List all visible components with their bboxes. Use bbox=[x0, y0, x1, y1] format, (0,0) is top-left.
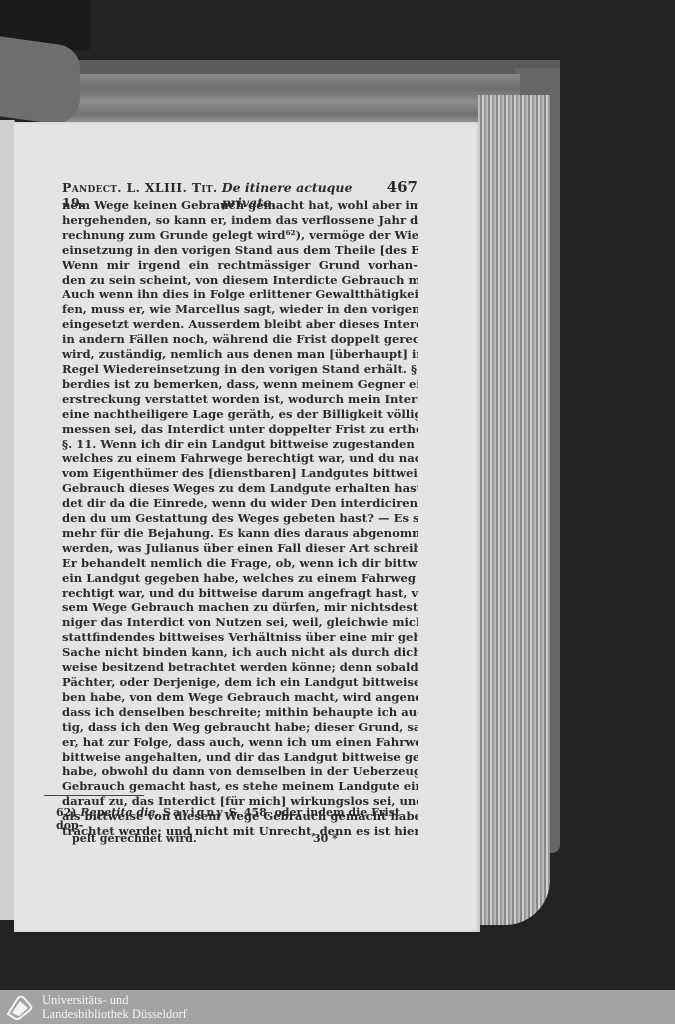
text-line: fen, muss er, wie Marcellus sagt, wieder… bbox=[62, 302, 418, 317]
text-line: stattfindendes bittweises Verhältniss üb… bbox=[62, 630, 418, 645]
cloth-bookmark bbox=[0, 36, 80, 127]
library-book-logo-icon[interactable] bbox=[4, 994, 34, 1020]
text-line: sem Wege Gebrauch machen zu dürfen, mir … bbox=[62, 600, 418, 615]
text-line: Er behandelt nemlich die Frage, ob, wenn… bbox=[62, 556, 418, 571]
text-line: weise besitzend betrachtet werden könne;… bbox=[62, 660, 418, 675]
text-line: niger das Interdict von Nutzen sei, weil… bbox=[62, 615, 418, 630]
text-line: Sache nicht binden kann, ich auch nicht … bbox=[62, 645, 418, 660]
text-line: er, hat zur Folge, dass auch, wenn ich u… bbox=[62, 735, 418, 750]
footnote-italic: Repetita die, bbox=[80, 806, 159, 819]
text-line: Regel Wiedereinsetzung in den vorigen St… bbox=[62, 362, 418, 377]
text-line: wird, zuständig, nemlich aus denen man [… bbox=[62, 347, 418, 362]
text-line: bittweise angehalten, und dir das Landgu… bbox=[62, 750, 418, 765]
text-line: den du um Gestattung des Weges gebeten h… bbox=[62, 511, 418, 526]
text-line: berdies ist zu bemerken, dass, wenn mein… bbox=[62, 377, 418, 392]
text-line: ben habe, von dem Wege Gebrauch macht, w… bbox=[62, 690, 418, 705]
left-page-edge bbox=[0, 120, 15, 920]
text-line: messen sei, das Interdict unter doppelte… bbox=[62, 422, 418, 437]
text-line: hergehenden, so kann er, indem das verfl… bbox=[62, 213, 418, 228]
text-line: mehr für die Bejahung. Es kann dies dara… bbox=[62, 526, 418, 541]
body-text: nem Wege keinen Gebrauch gemacht hat, wo… bbox=[62, 198, 418, 839]
text-line: Gebrauch gemacht hast, es stehe meinem L… bbox=[62, 779, 418, 794]
text-line: eingesetzt werden. Ausserdem bleibt aber… bbox=[62, 317, 418, 332]
text-line: welches zu einem Fahrwege berechtigt war… bbox=[62, 451, 418, 466]
page-edges bbox=[478, 95, 550, 925]
text-line: werden, was Julianus über einen Fall die… bbox=[62, 541, 418, 556]
text-line: tig, dass ich den Weg gebraucht habe; di… bbox=[62, 720, 418, 735]
text-line: vom Eigenthümer des [dienstbaren] Landgu… bbox=[62, 466, 418, 481]
text-line: eine nachtheiligere Lage geräth, es der … bbox=[62, 407, 418, 422]
text-line: dass ich denselben beschreite; mithin be… bbox=[62, 705, 418, 720]
page-stack-top bbox=[40, 74, 520, 124]
text-line: nem Wege keinen Gebrauch gemacht hat, wo… bbox=[62, 198, 418, 213]
text-line: in andern Fällen noch, während die Frist… bbox=[62, 332, 418, 347]
library-name[interactable]: Universitäts- und Landesbibliothek Düsse… bbox=[42, 993, 187, 1021]
text-line: einsetzung in den vorigen Stand aus dem … bbox=[62, 243, 418, 258]
text-line: erstreckung verstattet worden ist, wodur… bbox=[62, 392, 418, 407]
text-line: den zu sein scheint, von diesem Interdic… bbox=[62, 273, 418, 288]
footer-bar: Universitäts- und Landesbibliothek Düsse… bbox=[0, 990, 675, 1024]
text-line: Gebrauch dieses Weges zu dem Landgute er… bbox=[62, 481, 418, 496]
text-line: det dir da die Einrede, wenn du wider De… bbox=[62, 496, 418, 511]
footnote-author: Savigny bbox=[163, 806, 225, 819]
footnote-number: 62) bbox=[56, 806, 77, 819]
text-line: Auch wenn ihn dies in Folge erlittener G… bbox=[62, 287, 418, 302]
text-line: Pächter, oder Derjenige, dem ich ein Lan… bbox=[62, 675, 418, 690]
footnote-line2: pelt gerechnet wird. bbox=[56, 832, 406, 845]
signature-mark: 30 * bbox=[313, 832, 338, 845]
text-line: §. 11. Wenn ich dir ein Landgut bittweis… bbox=[62, 437, 418, 452]
page-number: 467 bbox=[387, 178, 418, 196]
footnote: 62) Repetita die, Savigny S. 458. oder i… bbox=[56, 806, 406, 845]
text-line: rechtigt war, und du bittweise darum ang… bbox=[62, 586, 418, 601]
text-line: ein Landgut gegeben habe, welches zu ein… bbox=[62, 571, 418, 586]
library-name-line2: Landesbibliothek Düsseldorf bbox=[42, 1007, 187, 1021]
text-line: rechnung zum Grunde gelegt wird⁶²), verm… bbox=[62, 228, 418, 243]
text-line: Wenn mir irgend ein rechtmässiger Grund … bbox=[62, 258, 418, 273]
text-line: habe, obwohl du dann von demselben in de… bbox=[62, 764, 418, 779]
library-name-line1: Universitäts- und bbox=[42, 993, 187, 1007]
footnote-rule bbox=[44, 795, 144, 796]
